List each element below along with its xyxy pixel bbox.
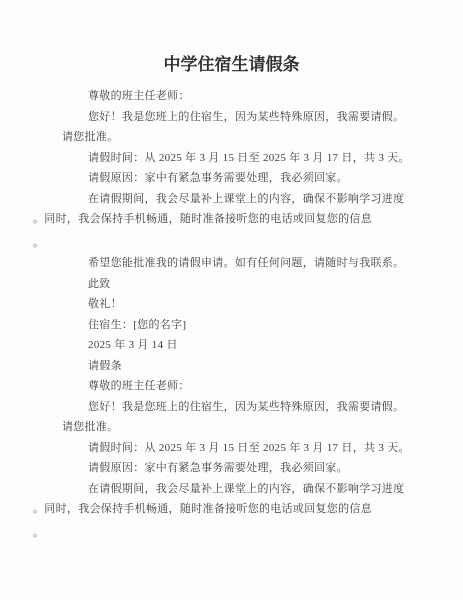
document-line: 2025 年 3 月 14 日 — [0, 335, 463, 356]
document-line: 此致 — [0, 274, 463, 295]
document-title: 中学住宿生请假条 — [0, 52, 463, 78]
document-line: 请您批准。 — [0, 417, 463, 438]
document-line: 。 — [0, 233, 463, 254]
document-line: 希望您能批准我的请假申请。如有任何问题，请随时与我联系。 — [0, 253, 463, 274]
document-line: 请假时间：从 2025 年 3 月 15 日至 2025 年 3 月 17 日，… — [0, 148, 463, 169]
document-line: 请假条 — [0, 356, 463, 377]
document-line: 。同时，我会保持手机畅通，随时准备接听您的电话或回复您的信息 — [0, 209, 463, 230]
document-line: 请您批准。 — [0, 127, 463, 148]
document-line: 住宿生：[您的名字] — [0, 315, 463, 336]
document-body: 中学住宿生请假条尊敬的班主任老师：您好！我是您班上的住宿生，因为某些特殊原因，我… — [0, 52, 463, 543]
document-line: 敬礼！ — [0, 294, 463, 315]
document-line: 尊敬的班主任老师： — [0, 376, 463, 397]
document-line: 您好！我是您班上的住宿生，因为某些特殊原因，我需要请假。 — [0, 107, 463, 128]
document-line: 您好！我是您班上的住宿生，因为某些特殊原因，我需要请假。 — [0, 397, 463, 418]
document-line: 在请假期间，我会尽量补上课堂上的内容，确保不影响学习进度 — [0, 479, 463, 500]
document-line: 请假原因：家中有紧急事务需要处理，我必须回家。 — [0, 458, 463, 479]
document-line: 请假时间：从 2025 年 3 月 15 日至 2025 年 3 月 17 日，… — [0, 438, 463, 459]
document-line: 在请假期间，我会尽量补上课堂上的内容，确保不影响学习进度 — [0, 189, 463, 210]
document-line: 尊敬的班主任老师： — [0, 86, 463, 107]
document-line: 请假原因：家中有紧急事务需要处理，我必须回家。 — [0, 168, 463, 189]
document-line: 。 — [0, 523, 463, 544]
document-page: 中学住宿生请假条尊敬的班主任老师：您好！我是您班上的住宿生，因为某些特殊原因，我… — [0, 0, 463, 600]
document-line: 。同时，我会保持手机畅通，随时准备接听您的电话或回复您的信息 — [0, 499, 463, 520]
